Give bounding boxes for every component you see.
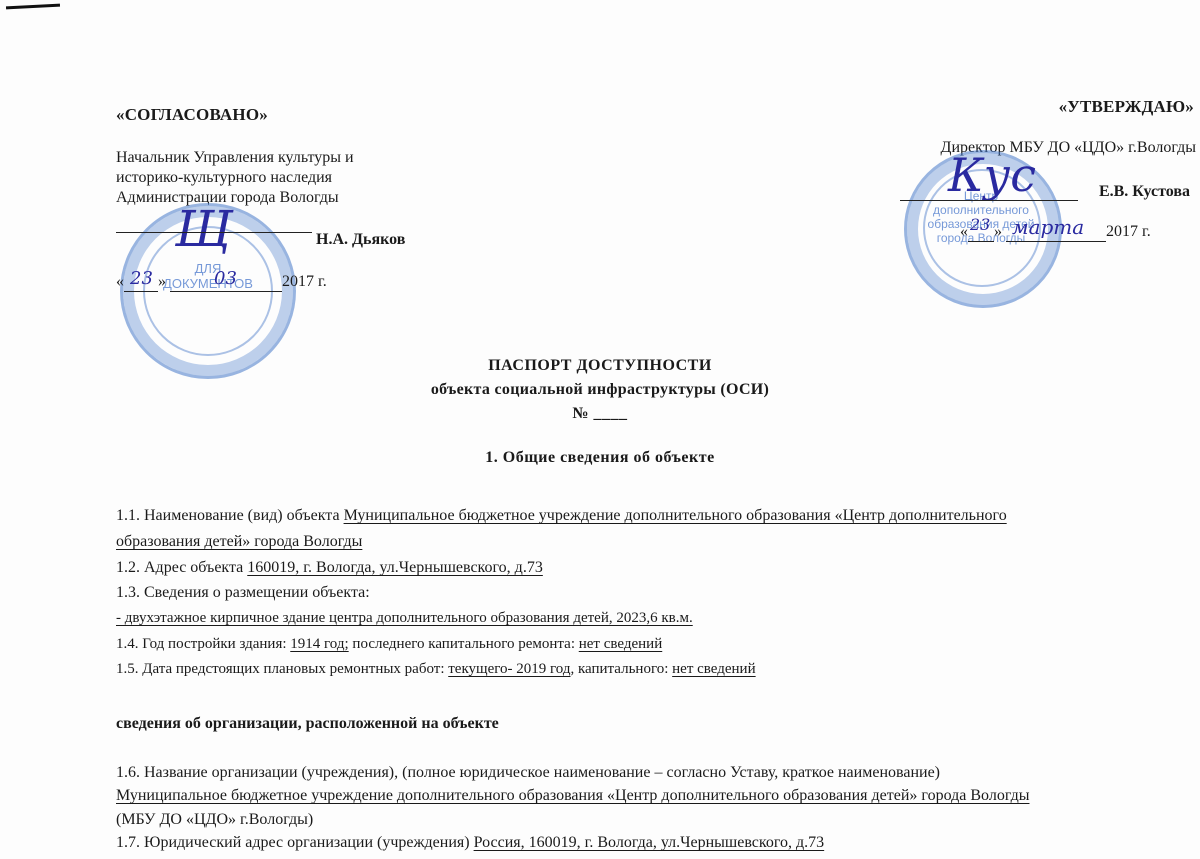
capital-repair-value: нет сведений [672,661,755,677]
item-1-6: 1.6. Название организации (учреждения), … [116,763,940,783]
signature-line-left [116,232,312,233]
signature-right: Кус [948,148,1036,202]
date-month-left: 03 [214,269,237,289]
approval-heading-right: «УТВЕРЖДАЮ» [1059,97,1194,117]
signature-line-right [900,200,1078,201]
object-name-value-cont: образования детей» города Вологды [116,532,362,552]
org-short-name: (МБУ ДО «ЦДО» г.Вологды) [116,810,313,830]
signature-left: Щ [175,200,232,258]
org-full-name-value: Муниципальное бюджетное учреждение допол… [116,786,1029,806]
date-year-right: 2017 г. [1106,223,1151,240]
item-1-1: 1.1. Наименование (вид) объекта Муниципа… [116,506,1007,526]
date-month-right: марта [1012,217,1084,237]
approval-position-line-2: историко-культурного наследия [116,168,332,188]
object-name-value: Муниципальное бюджетное учреждение допол… [344,507,1007,524]
approval-date-left: «23» 032017 г. [116,272,327,292]
signatory-right: Е.В. Кустова [1099,182,1190,202]
org-section-title: сведения об организации, расположенной н… [116,714,499,734]
placement-value: - двухэтажное кирпичное здание центра до… [116,608,693,628]
date-day-right: 23 [970,215,990,235]
section-1-title: 1. Общие сведения об объекте [0,449,1200,467]
object-address-value: 160019, г. Вологда, ул.Чернышевского, д.… [247,559,543,576]
last-repair-value: нет сведений [579,636,662,652]
org-legal-address-value: Россия, 160019, г. Вологда, ул.Чернышевс… [474,834,825,851]
document-subtitle: объекта социальной инфраструктуры (ОСИ) [0,381,1200,399]
approval-position-line-1: Начальник Управления культуры и [116,148,354,168]
scan-mark [6,4,60,10]
signatory-left: Н.А. Дьяков [316,230,405,250]
item-1-4: 1.4. Год постройки здания: 1914 год; пос… [116,634,662,654]
item-1-5: 1.5. Дата предстоящих плановых ремонтных… [116,659,756,679]
item-1-3: 1.3. Сведения о размещении объекта: [116,583,370,603]
document-title: ПАСПОРТ ДОСТУПНОСТИ [0,357,1200,375]
date-year-left: 2017 г. [282,273,327,290]
item-1-2: 1.2. Адрес объекта 160019, г. Вологда, у… [116,558,543,578]
approval-heading-left: «СОГЛАСОВАНО» [116,105,268,125]
document-number: № ____ [0,405,1200,423]
item-1-7: 1.7. Юридический адрес организации (учре… [116,833,824,853]
build-year-value: 1914 год; [290,636,348,652]
date-day-left: 23 [130,269,153,289]
current-repair-value: текущего- 2019 год [448,661,570,677]
approval-date-right: «23» марта2017 г. [960,222,1151,242]
